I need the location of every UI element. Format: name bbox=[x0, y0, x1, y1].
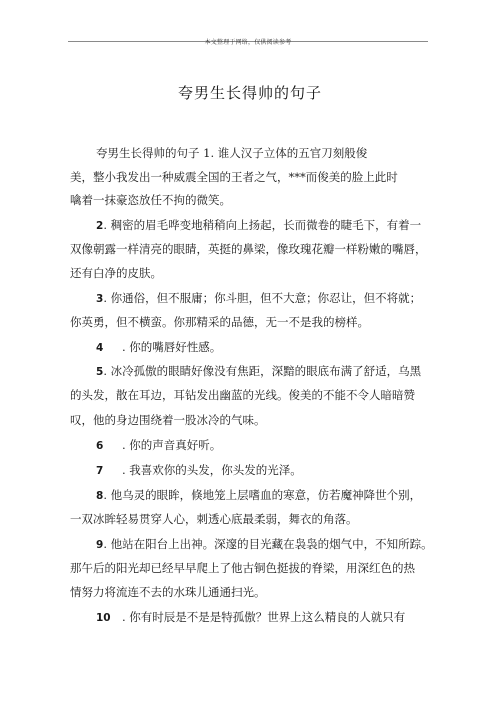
list-item-6: 6. 你的声音真好听。 bbox=[96, 438, 221, 453]
item-text: . 我喜欢你的头发，你头发的光泽。 bbox=[122, 463, 302, 477]
paragraph-line: 那午后的阳光却已经早早爬上了他古铜色挺拔的脊梁，用深红色的热 bbox=[70, 561, 415, 575]
document-title: 夸男生长得帅的句子 bbox=[0, 82, 500, 103]
item-text: . 你通俗，但不服庸；你斗胆，但不大意；你忍让，但不将就； bbox=[103, 291, 421, 305]
item-number: 4 bbox=[96, 341, 122, 355]
paragraph-line: 噙着一抹豪恣放任不拘的微笑。 bbox=[70, 193, 231, 207]
list-item-8: 8. 他乌灵的眼眸，倏地笼上层嗜血的寒意，仿若魔神降世个别， bbox=[96, 488, 421, 503]
paragraph-line: 你英勇，但不横蛮。你那精采的品德，无一不是我的榜样。 bbox=[70, 315, 369, 329]
item-text: . 你的声音真好听。 bbox=[122, 438, 221, 452]
paragraph-line: 的头发，散在耳边，耳钻发出幽蓝的光线。俊美的不能不令人暗暗赞 bbox=[70, 388, 415, 402]
item-text: . 冰冷孤傲的眼睛好像没有焦距，深黯的眼底布满了舒适，乌黑 bbox=[103, 364, 421, 378]
item-number: 7 bbox=[96, 464, 122, 478]
paragraph-line: 情努力将流连不去的水珠儿通通扫光。 bbox=[70, 585, 266, 599]
paragraph-line: 双像朝露一样清亮的眼睛，英挺的鼻梁，像玫瑰花瓣一样粉嫩的嘴唇， bbox=[70, 242, 427, 256]
list-item-4: 4. 你的嘴唇好性感。 bbox=[96, 340, 221, 355]
list-item-5: 5. 冰冷孤傲的眼睛好像没有焦距，深黯的眼底布满了舒适，乌黑 bbox=[96, 364, 421, 379]
item-text: . 你的嘴唇好性感。 bbox=[122, 340, 221, 354]
item-number: 10 bbox=[96, 611, 122, 625]
item-text: . 他站在阳台上出神。深邃的目光藏在袅袅的烟气中，不知所踪。 bbox=[103, 537, 432, 551]
page-header: 本文整理于网络，仅供阅读参考 bbox=[68, 31, 428, 42]
paragraph-line: 美，整小我发出一种威震全国的王者之气，***而俊美的脸上此时 bbox=[70, 170, 398, 184]
header-note: 本文整理于网络，仅供阅读参考 bbox=[205, 39, 292, 46]
list-item-10: 10. 你有时辰是不是是特孤傲？世界上这么精良的人就只有 bbox=[96, 610, 405, 625]
list-item-3: 3. 你通俗，但不服庸；你斗胆，但不大意；你忍让，但不将就； bbox=[96, 291, 421, 306]
paragraph-line: 一双冰眸轻易贯穿人心，刺透心底最柔弱，舞衣的角落。 bbox=[70, 512, 358, 526]
list-item-9: 9. 他站在阳台上出神。深邃的目光藏在袅袅的烟气中，不知所踪。 bbox=[96, 537, 433, 552]
paragraph-line: 夸男生长得帅的句子 1. 谁人汉子立体的五官刀刻般俊 bbox=[96, 146, 367, 160]
item-text: . 他乌灵的眼眸，倏地笼上层嗜血的寒意，仿若魔神降世个别， bbox=[103, 488, 421, 502]
paragraph-line: 还有白净的皮肤。 bbox=[70, 266, 162, 280]
list-item-7: 7. 我喜欢你的头发，你头发的光泽。 bbox=[96, 463, 302, 478]
item-number: 6 bbox=[96, 439, 122, 453]
item-text: . 稠密的眉毛哗变地稍稍向上扬起，长而微卷的睫毛下，有着一 bbox=[103, 218, 421, 232]
list-item-2: 2. 稠密的眉毛哗变地稍稍向上扬起，长而微卷的睫毛下，有着一 bbox=[96, 218, 421, 233]
paragraph-line: 叹，他的身边围绕着一股冰冷的气味。 bbox=[70, 413, 266, 427]
item-text: . 你有时辰是不是是特孤傲？世界上这么精良的人就只有 bbox=[122, 610, 405, 624]
